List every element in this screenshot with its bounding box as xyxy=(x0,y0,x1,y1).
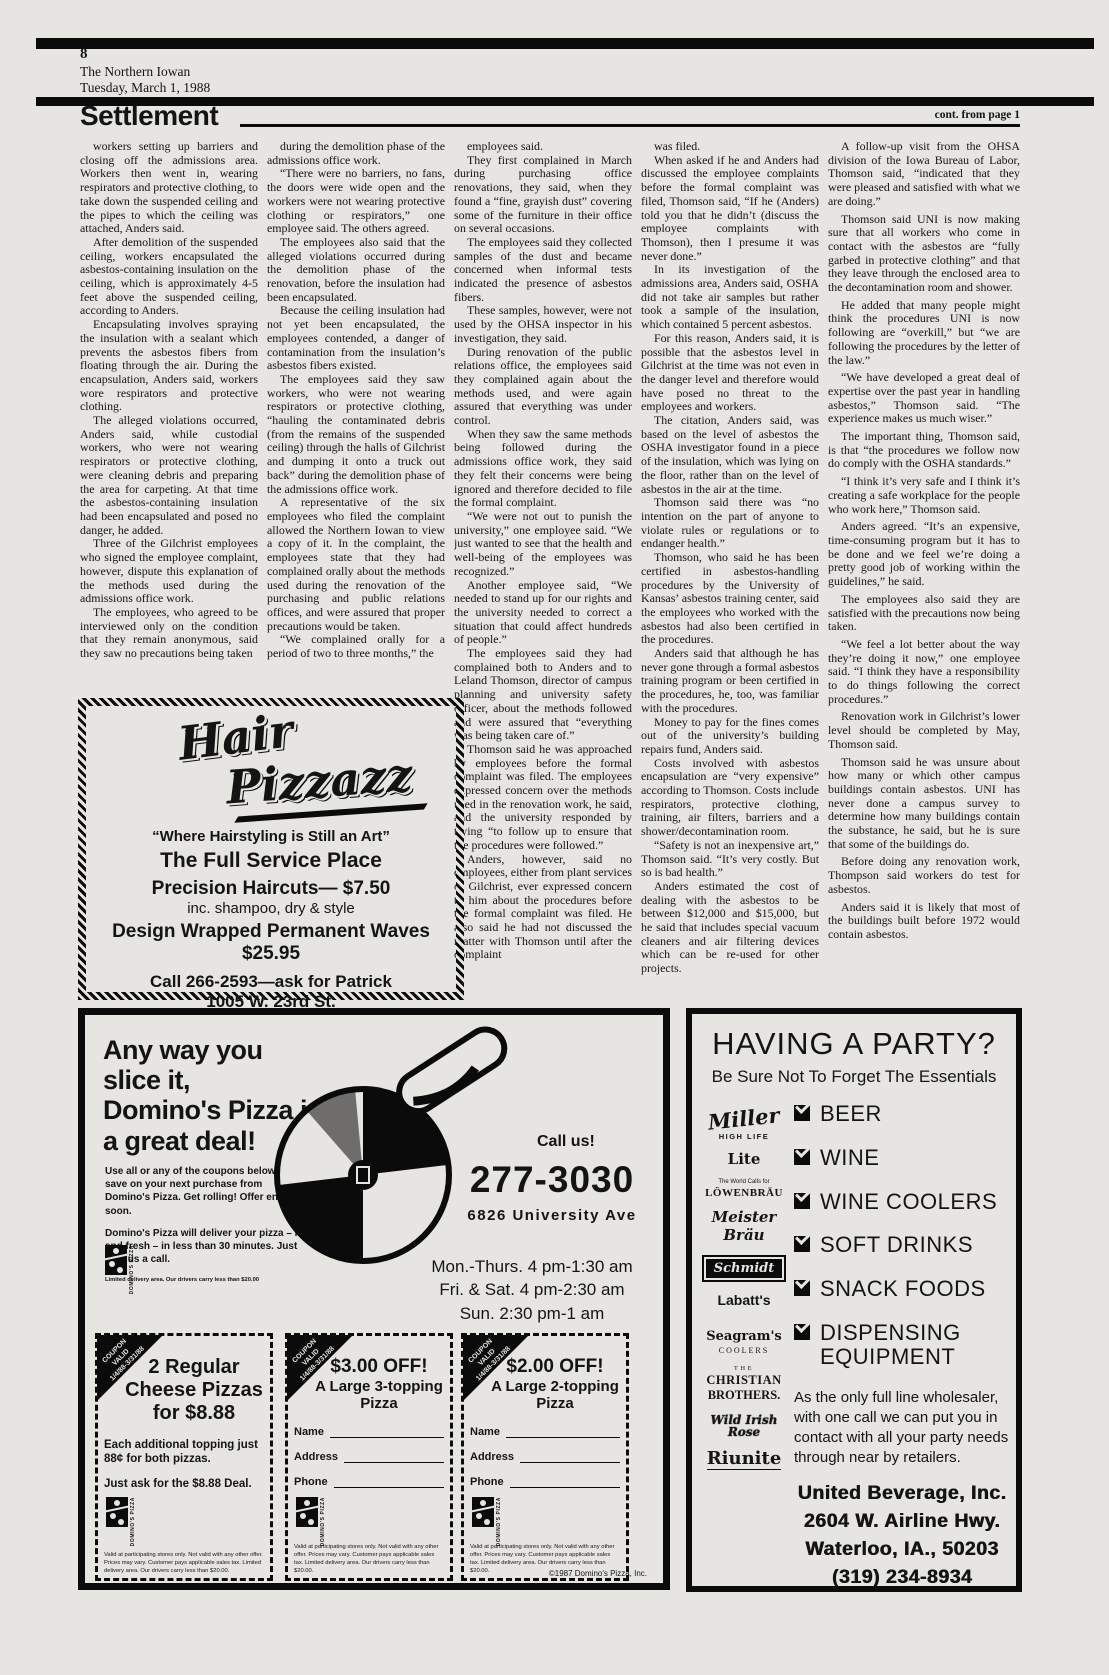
article-paragraph: Anders, however, said no employees, eith… xyxy=(454,853,632,963)
united-beverage-ad: HAVING A PARTY? Be Sure Not To Forget Th… xyxy=(686,1008,1022,1592)
checklist-item: BEER xyxy=(794,1102,1010,1126)
brand-name-line: BROTHERS. xyxy=(708,1388,781,1403)
company-contact-line: United Beverage, Inc. xyxy=(794,1480,1010,1508)
coupon-name-field: Name xyxy=(470,1426,620,1438)
article-paragraph: Anders said it is likely that most of th… xyxy=(828,901,1020,942)
brand-name-line: Riunite xyxy=(707,1450,782,1470)
article-paragraph: The employees said they had complained b… xyxy=(454,647,632,743)
coupon-heading-line: A Large 2-topping xyxy=(490,1378,620,1395)
brand-name-line: Miller xyxy=(707,1104,781,1133)
article-paragraph: Because the ceiling insulation had not y… xyxy=(267,304,445,373)
brand-name-line: Seagram's xyxy=(706,1330,782,1344)
article-paragraph: Encapsulating involves spraying the insu… xyxy=(80,318,258,414)
company-contact-block: United Beverage, Inc.2604 W. Airline Hwy… xyxy=(794,1480,1010,1591)
coupon-address-field: Address xyxy=(470,1451,620,1463)
brand-logo: The World Calls for LÖWENBRÄU xyxy=(705,1179,783,1199)
company-contact-line: Waterloo, IA., 50203 xyxy=(794,1536,1010,1564)
checkbox-checked-icon xyxy=(794,1324,810,1340)
field-blank-line xyxy=(344,1451,444,1463)
brand-logo: Meister Bräu xyxy=(712,1210,777,1244)
brand-logo: Schmidt xyxy=(702,1255,787,1283)
perm-offer: Design Wrapped Permanent Waves xyxy=(86,921,456,943)
brand-logo-column: Miller HIGH LIFE Lite The World Calls fo… xyxy=(698,1108,790,1481)
hair-ad-phone: Call 266-2593—ask for Patrick xyxy=(86,972,456,992)
checklist-label: BEER xyxy=(820,1102,882,1126)
hours-line: Mon.-Thurs. 4 pm-1:30 am xyxy=(401,1255,663,1278)
article-paragraph: In its investigation of the admissions a… xyxy=(641,263,819,332)
checklist-label: DISPENSING EQUIPMENT xyxy=(820,1321,1010,1369)
article-paragraph: “We were not out to punish the universit… xyxy=(454,510,632,579)
dominos-logo-text: DOMINO'S PIZZA xyxy=(129,1245,142,1294)
hair-pizzazz-logo: Hair Pizzazz xyxy=(86,710,456,822)
publication-name: The Northern Iowan xyxy=(80,64,210,80)
coupon-heading-line: A Large 3-topping xyxy=(314,1378,444,1395)
checklist-item: DISPENSING EQUIPMENT xyxy=(794,1321,1010,1369)
checklist-label: SNACK FOODS xyxy=(820,1277,986,1301)
hours-line: Sun. 2:30 pm-1 am xyxy=(401,1302,663,1325)
brand-name-line: HIGH LIFE xyxy=(719,1132,770,1141)
coupon-fine-print: Valid at participating stores only. Not … xyxy=(294,1543,444,1575)
article-paragraph: Thomson said there was “no intention on … xyxy=(641,496,819,551)
field-label: Phone xyxy=(294,1476,328,1488)
field-blank-line xyxy=(520,1451,620,1463)
coupon-heading-line: $3.00 OFF! xyxy=(314,1356,444,1378)
brand-logo: THE CHRISTIAN BROTHERS. xyxy=(706,1366,781,1403)
wholesaler-pitch: As the only full line wholesaler, with o… xyxy=(794,1388,1010,1467)
domino-tile-icon xyxy=(105,1245,127,1275)
domino-tile-icon xyxy=(296,1497,318,1527)
field-label: Address xyxy=(470,1451,514,1463)
article-paragraph: The alleged violations occurred, Anders … xyxy=(80,414,258,537)
coupon-cheese-pizzas: COUPON VALID 1/4/88-3/31/88 2 Regular Ch… xyxy=(95,1333,273,1581)
article-paragraph: “We complained orally for a period of tw… xyxy=(267,633,445,660)
dominos-logo: DOMINO'S PIZZA xyxy=(296,1497,333,1546)
coupon-2-topping: COUPON VALID 1/4/88-3/31/88 $2.00 OFF! A… xyxy=(461,1333,629,1581)
field-label: Address xyxy=(294,1451,338,1463)
article-paragraph: The citation, Anders said, was based on … xyxy=(641,414,819,496)
checklist-label: WINE COOLERS xyxy=(820,1190,997,1214)
brand-logo: Miller HIGH LIFE xyxy=(708,1108,780,1141)
article-paragraph: was filed. xyxy=(641,140,819,154)
haircut-offer: Precision Haircuts— $7.50 xyxy=(86,878,456,900)
article-paragraph: A representative of the six employees wh… xyxy=(267,496,445,633)
brand-name-line: Labatt's xyxy=(717,1293,770,1308)
field-label: Name xyxy=(294,1426,324,1438)
checklist-label: SOFT DRINKS xyxy=(820,1233,973,1257)
coupon-phone-field: Phone xyxy=(470,1476,620,1488)
article-paragraph: Anders estimated the cost of dealing wit… xyxy=(641,880,819,976)
company-contact-line: 2604 W. Airline Hwy. xyxy=(794,1508,1010,1536)
article-paragraph: during the demolition phase of the admis… xyxy=(267,140,445,167)
article-column-5: A follow-up visit from the OHSA division… xyxy=(828,140,1020,1008)
pizza-cutter-graphic xyxy=(255,1017,531,1283)
coupon-heading-line: 2 Regular xyxy=(124,1356,264,1379)
brand-name-line: Meister xyxy=(712,1210,777,1226)
field-blank-line xyxy=(330,1426,444,1438)
issue-date: Tuesday, March 1, 1988 xyxy=(80,80,210,96)
coupon-name-field: Name xyxy=(294,1426,444,1438)
article-paragraph: The employees, who agreed to be intervie… xyxy=(80,606,258,661)
article-paragraph: These samples, however, were not used by… xyxy=(454,304,632,345)
field-label: Name xyxy=(470,1426,500,1438)
brand-logo: Lite xyxy=(728,1152,761,1168)
article-paragraph: “I think it’s very safe and I think it’s… xyxy=(828,475,1020,516)
checkbox-checked-icon xyxy=(794,1236,810,1252)
dominos-logo-text: DOMINO'S PIZZA xyxy=(130,1497,143,1546)
party-ad-subtitle: Be Sure Not To Forget The Essentials xyxy=(692,1067,1016,1087)
coupon-address-field: Address xyxy=(294,1451,444,1463)
brand-logo: Wild Irish Rose xyxy=(698,1414,790,1439)
article-paragraph: The employees also said that the alleged… xyxy=(267,236,445,305)
brand-name-line: Schmidt xyxy=(714,1262,775,1276)
article-paragraph: Renovation work in Gilchrist’s lower lev… xyxy=(828,710,1020,751)
perm-price: $25.95 xyxy=(86,943,456,965)
article-paragraph: Before doing any renovation work, Thomps… xyxy=(828,855,1020,896)
logo-word-pizzazz: Pizzazz xyxy=(224,748,414,815)
dominos-phone-number: 277-3030 xyxy=(433,1159,671,1201)
article-paragraph: Thomson said he was unsure about how man… xyxy=(828,756,1020,852)
continuation-note: cont. from page 1 xyxy=(890,109,1020,121)
coupon-heading-line: Pizza xyxy=(314,1395,444,1412)
article-paragraph: Another employee said, “We needed to sta… xyxy=(454,579,632,648)
checklist-item: SNACK FOODS xyxy=(794,1277,1010,1301)
dominos-pizza-ad: Any way youslice it,Domino's Pizza isa g… xyxy=(78,1008,670,1590)
checkbox-checked-icon xyxy=(794,1193,810,1209)
field-label: Phone xyxy=(470,1476,504,1488)
article-paragraph: “We have developed a great deal of exper… xyxy=(828,371,1020,426)
checkbox-checked-icon xyxy=(794,1149,810,1165)
party-ad-title: HAVING A PARTY? xyxy=(692,1026,1016,1062)
coupon-heading-line: $2.00 OFF! xyxy=(490,1356,620,1378)
domino-tile-icon xyxy=(106,1497,128,1527)
coupon-heading-line: Cheese Pizzas xyxy=(124,1379,264,1402)
coupon-note: Just ask for the $8.88 Deal. xyxy=(104,1478,264,1490)
article-paragraph: After demolition of the suspended ceilin… xyxy=(80,236,258,318)
article-paragraph: Costs involved with asbestos encapsulati… xyxy=(641,757,819,839)
article-paragraph: employees said. xyxy=(454,140,632,154)
brand-name-line: Bräu xyxy=(723,1226,764,1244)
checkbox-checked-icon xyxy=(794,1105,810,1121)
hair-ad-tagline: “Where Hairstyling is Still an Art” xyxy=(86,828,456,845)
article-paragraph: Anders agreed. “It’s an expensive, time-… xyxy=(828,520,1020,589)
article-paragraph: Thomson said he was approached by employ… xyxy=(454,743,632,853)
article-paragraph: Money to pay for the fines comes out of … xyxy=(641,716,819,757)
article-paragraph: Anders said that although he has never g… xyxy=(641,647,819,716)
title-rule xyxy=(240,124,1020,127)
article-paragraph: Three of the Gilchrist employees who sig… xyxy=(80,537,258,606)
brand-logo: Riunite xyxy=(707,1450,782,1470)
coupon-3-topping: COUPON VALID 1/4/88-3/31/88 $3.00 OFF! A… xyxy=(285,1333,453,1581)
article-paragraph: The employees said they collected sample… xyxy=(454,236,632,305)
checklist-item: WINE COOLERS xyxy=(794,1190,1010,1214)
coupon-heading-line: Pizza xyxy=(490,1395,620,1412)
dominos-logo-text: DOMINO'S PIZZA xyxy=(496,1497,509,1546)
article-title: Settlement xyxy=(80,100,218,132)
brand-name-line: CHRISTIAN xyxy=(706,1373,781,1388)
newspaper-page: 8 The Northern Iowan Tuesday, March 1, 1… xyxy=(0,0,1109,1675)
dominos-logo-text: DOMINO'S PIZZA xyxy=(320,1497,333,1546)
article-paragraph: During renovation of the public relation… xyxy=(454,346,632,428)
hair-ad-subtitle: The Full Service Place xyxy=(86,849,456,873)
masthead: 8 The Northern Iowan Tuesday, March 1, 1… xyxy=(80,46,210,96)
hair-pizzazz-ad: Hair Pizzazz “Where Hairstyling is Still… xyxy=(78,698,464,1000)
article-paragraph: He added that many people might think th… xyxy=(828,299,1020,368)
article-paragraph: “Safety is not an inexpensive art,” Thom… xyxy=(641,839,819,880)
essentials-checklist: BEER WINE WINE COOLERS SOFT DRIN xyxy=(794,1102,1010,1368)
article-paragraph: Thomson, who said he has been certified … xyxy=(641,551,819,647)
coupon-phone-field: Phone xyxy=(294,1476,444,1488)
article-paragraph: The employees also said they are satisfi… xyxy=(828,593,1020,634)
brand-logo: Seagram's COOLERS xyxy=(706,1330,782,1355)
article-column-1: workers setting up barriers and closing … xyxy=(80,140,258,692)
coupon-fine-print: Valid at participating stores only. Not … xyxy=(104,1551,264,1575)
brand-name-line: Lite xyxy=(728,1152,761,1168)
article-paragraph: “There were no barriers, no fans, the do… xyxy=(267,167,445,236)
party-ad-content: BEER WINE WINE COOLERS SOFT DRIN xyxy=(794,1102,1010,1591)
article-column-3: employees said.They first complained in … xyxy=(454,140,632,1002)
brand-name-line: The World Calls for xyxy=(718,1179,769,1185)
article-paragraph: “We feel a lot better about the way they… xyxy=(828,638,1020,707)
brand-name-line: THE xyxy=(734,1366,754,1373)
checklist-item: SOFT DRINKS xyxy=(794,1233,1010,1257)
article-paragraph: When they saw the same methods being fol… xyxy=(454,428,632,510)
brand-name-line: COOLERS xyxy=(719,1346,769,1355)
field-blank-line xyxy=(334,1476,444,1488)
article-paragraph: workers setting up barriers and closing … xyxy=(80,140,258,236)
coupon-body-text: Each additional topping just 88¢ for bot… xyxy=(104,1438,264,1467)
checkbox-checked-icon xyxy=(794,1280,810,1296)
article-paragraph: Thomson said UNI is now making sure that… xyxy=(828,213,1020,295)
field-blank-line xyxy=(506,1426,620,1438)
hours-line: Fri. & Sat. 4 pm-2:30 am xyxy=(401,1278,663,1301)
dominos-logo: DOMINO'S PIZZA xyxy=(106,1497,143,1546)
dominos-hours: Mon.-Thurs. 4 pm-1:30 amFri. & Sat. 4 pm… xyxy=(401,1255,663,1325)
article-paragraph: The employees said they saw workers, who… xyxy=(267,373,445,496)
dominos-logo: DOMINO'S PIZZA xyxy=(472,1497,509,1546)
article-paragraph: A follow-up visit from the OHSA division… xyxy=(828,140,1020,209)
field-blank-line xyxy=(510,1476,620,1488)
dominos-address: 6826 University Ave xyxy=(433,1207,671,1224)
article-column-4: was filed.When asked if he and Anders ha… xyxy=(641,140,819,1004)
article-paragraph: For this reason, Anders said, it is poss… xyxy=(641,332,819,414)
article-paragraph: They first complained in March during pu… xyxy=(454,154,632,236)
haircut-detail: inc. shampoo, dry & style xyxy=(86,900,456,917)
page-number: 8 xyxy=(80,46,210,64)
brand-name-line: LÖWENBRÄU xyxy=(705,1187,783,1199)
brand-logo: Labatt's xyxy=(717,1293,770,1308)
dominos-logo: DOMINO'S PIZZA xyxy=(105,1245,142,1294)
call-us-label: Call us! xyxy=(537,1133,595,1151)
article-paragraph: When asked if he and Anders had discusse… xyxy=(641,154,819,264)
checklist-item: WINE xyxy=(794,1146,1010,1170)
coupon-heading-line: for $8.88 xyxy=(124,1402,264,1425)
article-paragraph: The important thing, Thomson said, is th… xyxy=(828,430,1020,471)
article-column-2: during the demolition phase of the admis… xyxy=(267,140,445,696)
company-contact-line: (319) 234-8934 xyxy=(794,1564,1010,1592)
domino-tile-icon xyxy=(472,1497,494,1527)
checklist-label: WINE xyxy=(820,1146,879,1170)
brand-name-line: Wild Irish Rose xyxy=(698,1414,790,1439)
dominos-copyright: ©1987 Domino's Pizza, Inc. xyxy=(549,1569,647,1578)
